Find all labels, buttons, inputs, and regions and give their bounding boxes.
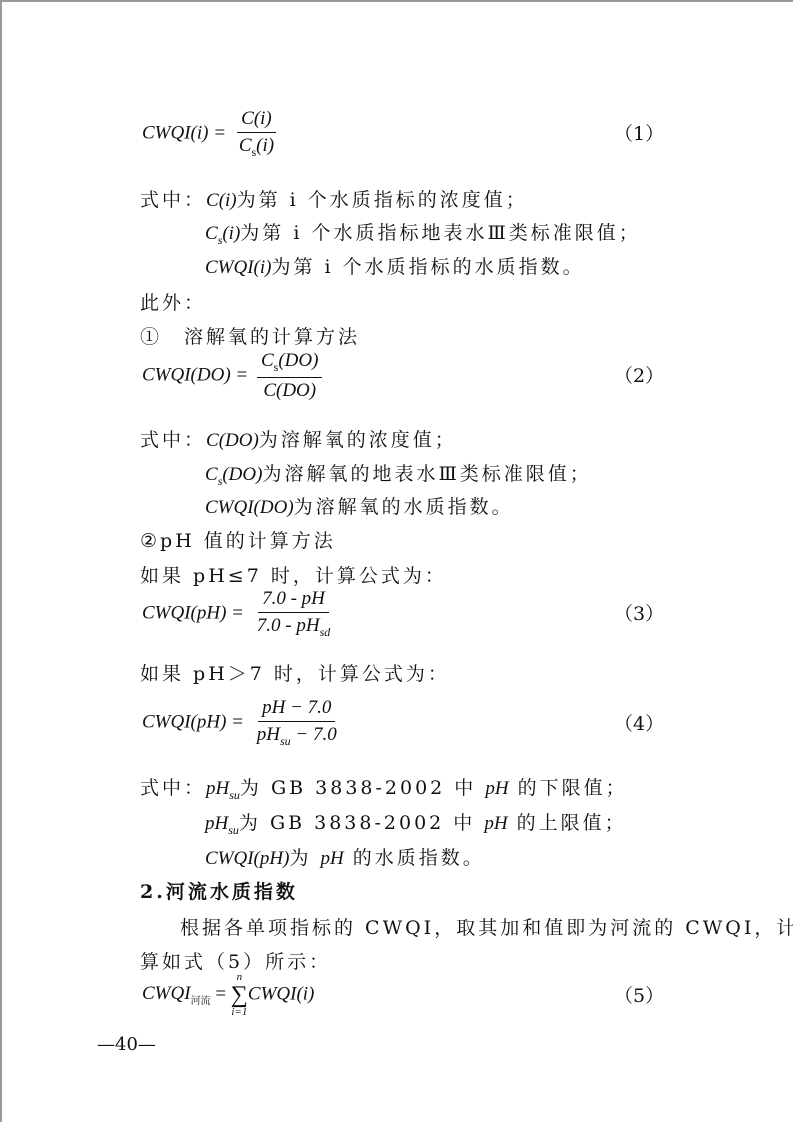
definition-text: 为溶解氧的浓度值； <box>259 429 457 451</box>
definition-text: 的上限值； <box>508 812 627 834</box>
where-3-line-1: 式中：pHsu为 GB 3838-2002 中 pH 的下限值； <box>140 773 628 803</box>
equation-1-fraction: C(i) Cs(i) <box>235 108 278 160</box>
math-term: CWQI(i) <box>205 257 271 278</box>
paragraph-line-2: 算如式（5）所示： <box>140 947 331 974</box>
math-term: pHsu <box>206 778 240 799</box>
condition-ph-le-7: 如果 pH≤7 时，计算公式为： <box>140 561 447 588</box>
where-3-line-2: pHsu为 GB 3838-2002 中 pH 的上限值； <box>205 808 627 838</box>
equation-3-lhs: CWQI(pH) = <box>142 602 244 623</box>
equation-1-lhs: CWQI(i) = <box>142 122 226 143</box>
definition-text: 为第 i 个水质指标地表水Ⅲ类标准限值； <box>240 222 640 244</box>
equation-2-numerator: Cs(DO) <box>257 350 322 378</box>
where-2-line-2: Cs(DO)为溶解氧的地表水Ⅲ类标准限值； <box>205 459 592 489</box>
math-term: pH <box>485 778 508 799</box>
math-term: pH <box>320 848 343 869</box>
where-1-line-1: 式中：C(i)为第 i 个水质指标的浓度值； <box>140 185 528 212</box>
equation-3-numerator: 7.0 - pH <box>258 588 329 613</box>
equation-3-denominator: 7.0 - pHsd <box>253 613 334 640</box>
where-2-line-3: CWQI(DO)为溶解氧的水质指数。 <box>205 492 514 519</box>
equation-1-denominator: Cs(i) <box>235 133 278 160</box>
equation-4: CWQI(pH) = pH − 7.0 pHsu − 7.0 <box>142 697 341 749</box>
equation-5-lhs: CWQI河流 <box>142 983 211 1004</box>
where-prefix: 式中： <box>140 777 206 799</box>
condition-ph-gt-7: 如果 pH＞7 时，计算公式为： <box>140 659 450 686</box>
paragraph-line-1: 根据各单项指标的 CWQI，取其加和值即为河流的 CWQI，计 <box>180 913 793 940</box>
sum-lower-limit: i=1 <box>231 1007 247 1018</box>
equation-5-label: （5） <box>614 981 664 1008</box>
sigma-symbol: ∑ <box>231 983 248 1007</box>
summation: n ∑ i=1 <box>231 972 248 1018</box>
equation-2: CWQI(DO) = Cs(DO) C(DO) <box>142 350 322 402</box>
page-number: —40— <box>97 1034 156 1055</box>
equation-4-numerator: pH − 7.0 <box>258 697 335 722</box>
equation-5-rhs: CWQI(i) <box>248 983 314 1004</box>
document-page: CWQI(i) = C(i) Cs(i) （1） 式中：C(i)为第 i 个水质… <box>0 0 793 1122</box>
section-dissolved-oxygen: ① 溶解氧的计算方法 <box>140 322 360 349</box>
equation-2-lhs: CWQI(DO) = <box>142 364 248 385</box>
where-1-line-3: CWQI(i)为第 i 个水质指标的水质指数。 <box>205 252 585 279</box>
equation-4-denominator: pHsu − 7.0 <box>253 722 341 749</box>
math-term: CWQI(pH) <box>205 848 289 869</box>
where-2-line-1: 式中：C(DO)为溶解氧的浓度值； <box>140 425 457 452</box>
where-prefix: 式中： <box>140 429 206 451</box>
definition-text: 为 <box>289 847 320 869</box>
where-1-line-2: Cs(i)为第 i 个水质指标地表水Ⅲ类标准限值； <box>205 218 641 248</box>
equation-4-fraction: pH − 7.0 pHsu − 7.0 <box>253 697 341 749</box>
equation-1-label: （1） <box>614 119 664 146</box>
equation-1: CWQI(i) = C(i) Cs(i) <box>142 108 278 160</box>
definition-text: 的下限值； <box>509 777 628 799</box>
besides-text: 此外： <box>140 288 206 315</box>
definition-text: 为溶解氧的水质指数。 <box>294 496 514 518</box>
equation-5: CWQI河流 = n ∑ i=1 CWQI(i) <box>142 972 314 1018</box>
math-term: Cs(DO) <box>205 464 262 485</box>
math-term: C(DO) <box>206 430 259 451</box>
equation-4-label: （4） <box>614 709 664 736</box>
equals-sign: = <box>215 983 226 1004</box>
definition-text: 为 GB 3838-2002 中 <box>240 777 485 799</box>
math-term: CWQI(DO) <box>205 497 294 518</box>
equation-3-label: （3） <box>614 599 664 626</box>
equation-3-fraction: 7.0 - pH 7.0 - pHsd <box>253 588 334 640</box>
math-term: pHsu <box>205 813 239 834</box>
heading-river-water-quality-index: 2.河流水质指数 <box>140 877 298 904</box>
section-ph: ②pH 值的计算方法 <box>140 526 336 553</box>
equation-2-fraction: Cs(DO) C(DO) <box>257 350 322 402</box>
definition-text: 为 GB 3838-2002 中 <box>239 812 484 834</box>
definition-text: 为第 i 个水质指标的浓度值； <box>237 189 528 211</box>
where-3-line-3: CWQI(pH)为 pH 的水质指数。 <box>205 843 485 870</box>
equation-3: CWQI(pH) = 7.0 - pH 7.0 - pHsd <box>142 588 334 640</box>
equation-2-denominator: C(DO) <box>259 378 320 402</box>
math-term: Cs(i) <box>205 223 240 244</box>
equation-1-numerator: C(i) <box>237 108 276 133</box>
math-term: pH <box>484 813 507 834</box>
equation-2-label: （2） <box>614 361 664 388</box>
definition-text: 为溶解氧的地表水Ⅲ类标准限值； <box>262 463 591 485</box>
where-prefix: 式中： <box>140 189 206 211</box>
math-term: C(i) <box>206 190 237 211</box>
equation-4-lhs: CWQI(pH) = <box>142 711 244 732</box>
definition-text: 的水质指数。 <box>344 847 485 869</box>
definition-text: 为第 i 个水质指标的水质指数。 <box>271 256 584 278</box>
